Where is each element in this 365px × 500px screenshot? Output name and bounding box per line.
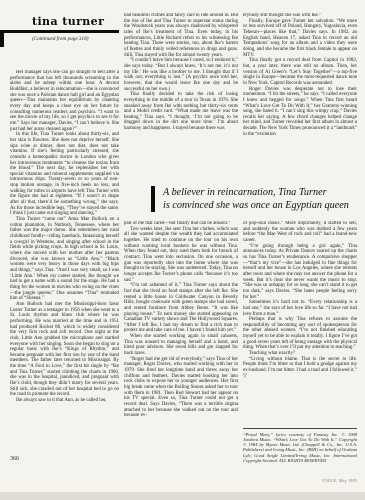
paragraph: “Roger had me get rid of everybody,” say…	[124, 357, 238, 419]
paragraph: When she started working again in small …	[124, 334, 238, 357]
paragraph: part of me that cared—but finally that c…	[124, 221, 238, 227]
continued-from-note: (Continued from page 318)	[32, 36, 88, 42]
paragraph: Sometimes it’s hard not to. “Every relat…	[243, 300, 357, 317]
column-right-upper: erybody still thought she was with Ike.”…	[243, 13, 357, 185]
title-underline-rule	[0, 30, 119, 33]
margin-flourish-bar	[0, 30, 4, 47]
paragraph: Two weeks later, Ike sent Tina her cloth…	[124, 227, 238, 284]
pull-quote-line-2: is convinced she was once an Egyptian qu…	[163, 199, 357, 212]
paragraph: Tina finally got a record deal from Capi…	[243, 58, 357, 86]
paragraph: Finally, Europe gave Turner her salvatio…	[243, 19, 357, 59]
pull-quote: A believer in reincarnation, Tina Turner…	[151, 186, 357, 212]
paragraph: In this life, Tina Turner looks about th…	[10, 132, 119, 217]
paragraph: of pop-soul music.” More importantly, it…	[243, 221, 357, 244]
column-left: Her manager says she can go straight to …	[10, 70, 119, 450]
page-bottom-edge	[0, 492, 365, 500]
column-right-lower: of pop-soul music.” More importantly, it…	[243, 221, 357, 427]
paragraph: “I’m going through being a girl again,” …	[243, 244, 357, 301]
paragraph: Tina finally decided to take the risk of…	[124, 92, 238, 132]
paragraph: had beautiful clothes and fancy cars to …	[124, 13, 238, 58]
article-title: tina turner	[32, 15, 104, 28]
paragraph: “Living without blame. That is the secre…	[243, 357, 357, 380]
paragraph: Roger Davies was desperate not to lose t…	[243, 87, 357, 138]
lyrics-copyright-footnote: “Proud Mary,” lyrics courtesy of Fantasy…	[243, 428, 357, 463]
column-middle-lower: part of me that cared—but finally that c…	[124, 221, 238, 457]
paragraph: Ike always saw to it that Ann, as he cal…	[10, 398, 119, 404]
magazine-issue-footer: VOGUE, May 1985	[322, 479, 357, 483]
column-middle-upper: had beautiful clothes and fancy cars to …	[124, 13, 238, 185]
pull-quote-line-1: A believer in reincarnation, Tina Turner	[163, 186, 357, 199]
paragraph: Ann Bullock had met the Mississippi-born…	[10, 302, 119, 398]
magazine-page: { "page": { "title": "tina turner", "con…	[0, 0, 365, 500]
paragraph: Her manager says she can go straight to …	[10, 70, 119, 132]
paragraph: Perhaps that is why Tina refuses to assu…	[243, 317, 357, 351]
paragraph: “I’m not ashamed of it,” Tina Turner say…	[124, 283, 238, 334]
page-number: 366	[10, 456, 19, 462]
paragraph: “I couldn’t leave him because I cared, s…	[124, 58, 238, 92]
paragraph: Tina Turner “came out” Anna Mae Bullock …	[10, 217, 119, 302]
